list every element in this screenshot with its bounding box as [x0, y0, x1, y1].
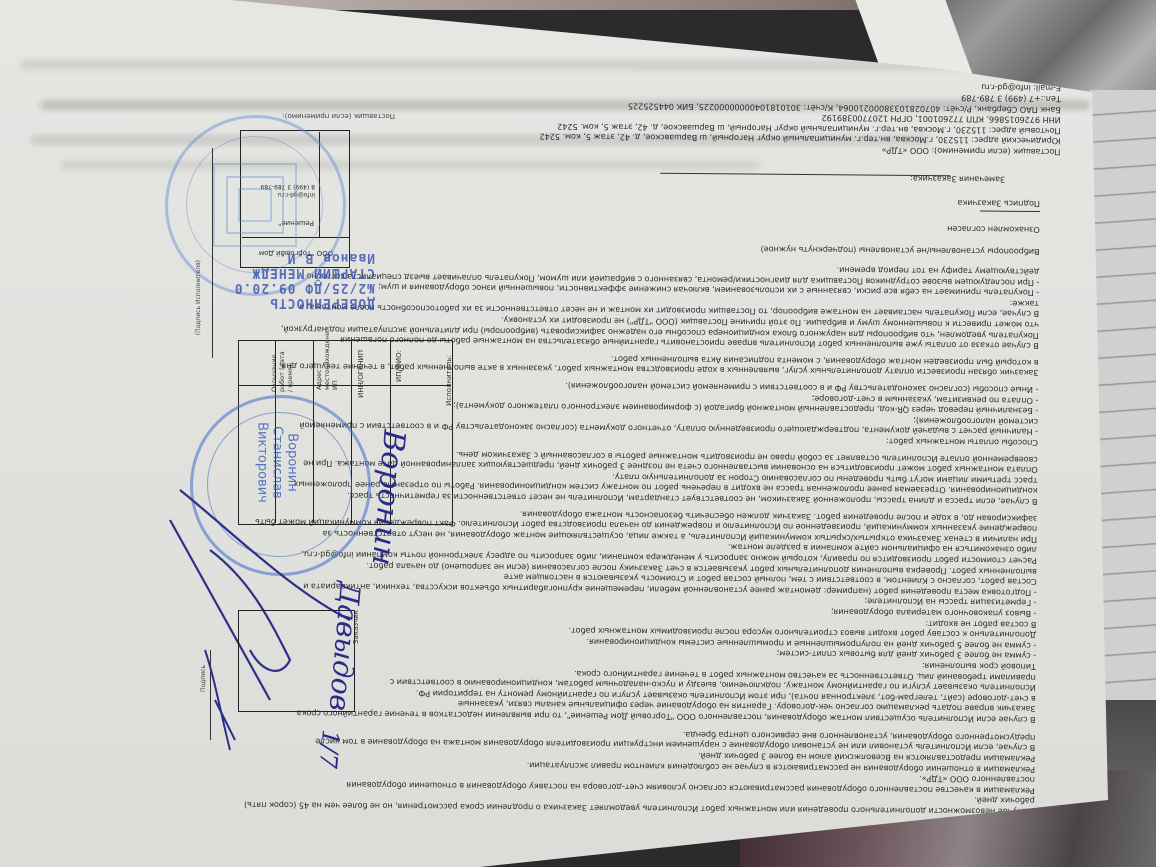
intro-section: В случае невозможности дополнительного п…: [244, 725, 1035, 817]
supplier-signature-line: [212, 148, 213, 358]
customer-signature-label: Подпись Заказчика: [958, 198, 1041, 209]
customer-remarks-line: [660, 173, 950, 177]
vibro-question: Виброопоры установлены/не установлены (п…: [761, 244, 1040, 257]
contract-paper: В случае невозможности дополнительного п…: [0, 0, 1156, 867]
executor-row-label-end: Окончание работ (дата / время):: [270, 350, 294, 392]
acknowledged-label: Ознакомлен согласен: [947, 224, 1040, 235]
executor-row-label-inn: ИНН/ОГРНИП: [357, 350, 365, 398]
customer-handwritten-note: 1/7: [314, 729, 345, 770]
executor-row-label-fio: ИП/ФИО:: [395, 350, 403, 382]
proxy-stamp: ДОВЕРЕННОСТЬ №2/25/ДФ 09.20.0 СТАРШИЙ МЕ…: [175, 250, 375, 310]
executor-title: Исполнитель:: [445, 355, 453, 406]
supplier-signature-caption: (Подпись Исполнителя): [195, 260, 202, 335]
customer-sign-stroke: [190, 640, 250, 760]
executor-row-label-address: Адрес местонахождения ИП: [315, 350, 339, 390]
customer-signature-line: [980, 210, 1040, 212]
supplier-details: Поставщик (если применимо): ООО «ТДР» Юр…: [539, 78, 1061, 157]
supplier-table-header: Поставщик (если применимо):: [305, 112, 395, 120]
